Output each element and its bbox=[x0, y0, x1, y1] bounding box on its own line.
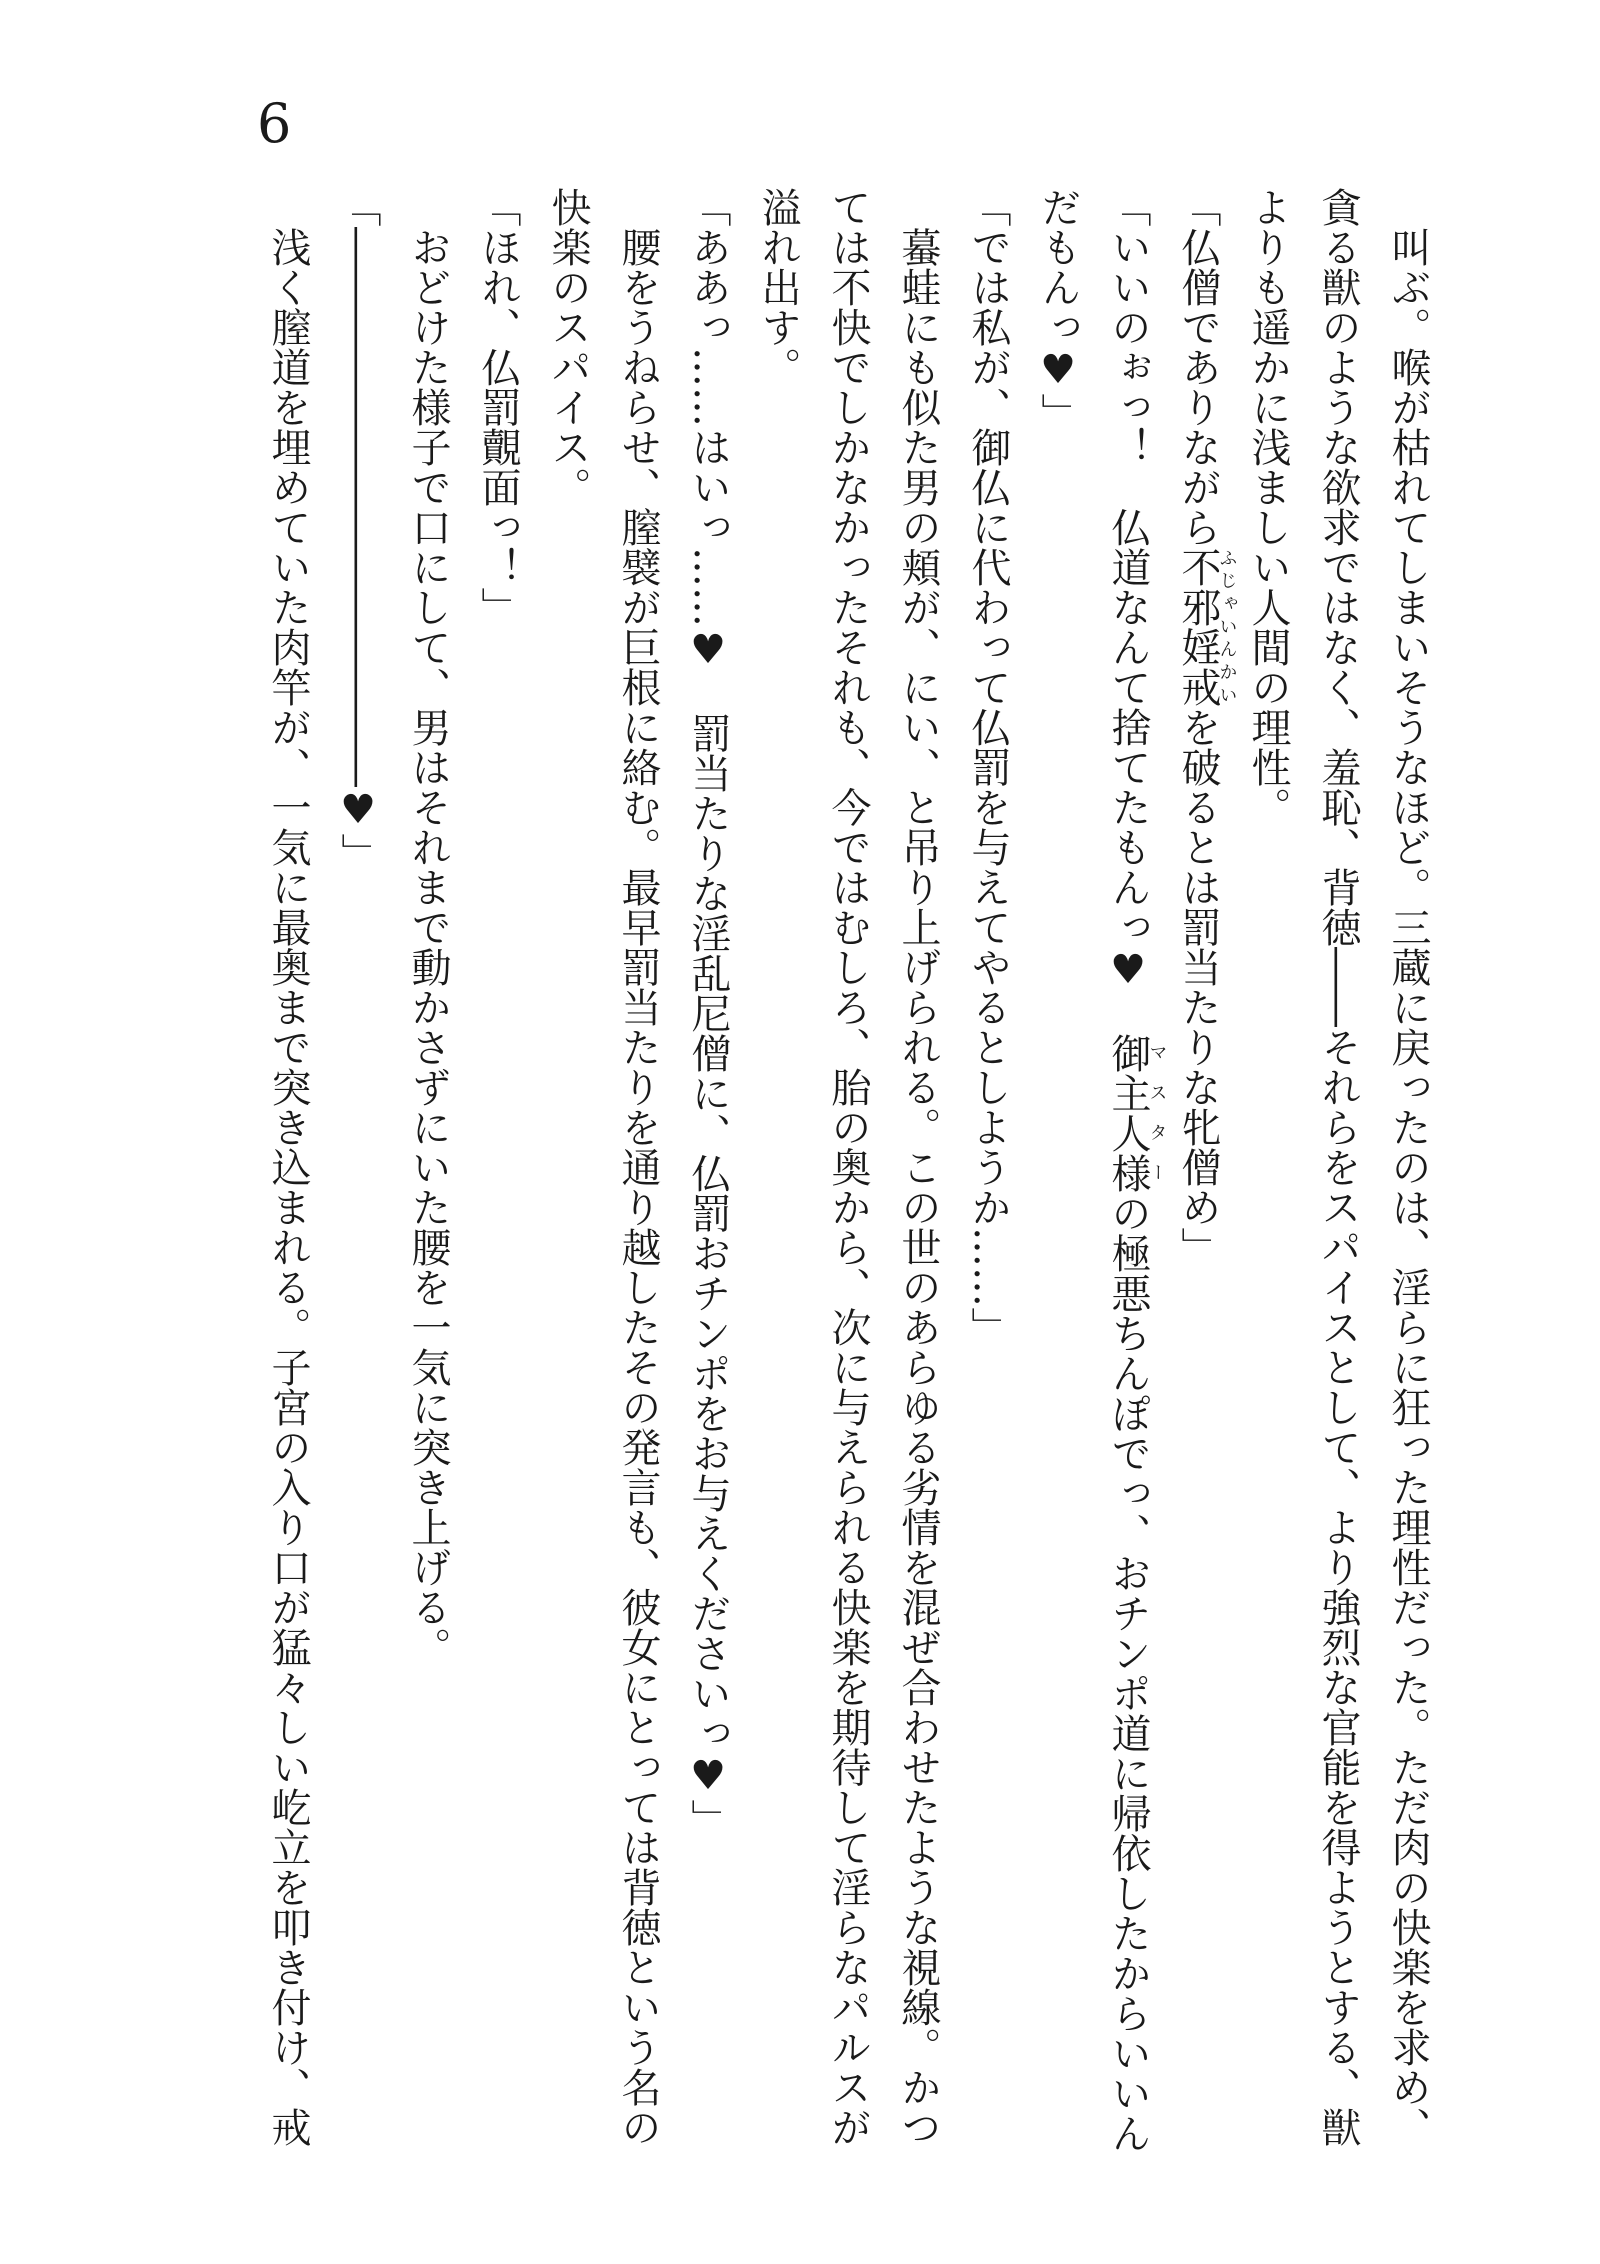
ruby-annotated-text: 御主人様マスター bbox=[1105, 1033, 1151, 1193]
text-line: 快楽のスパイス。 bbox=[548, 187, 588, 507]
text-line: 浅く膣道を埋めていた肉竿が、一気に最奥まで突き込まれる。子宮の入り口が猛々しい屹… bbox=[268, 187, 308, 2147]
furigana: マスター bbox=[1147, 1033, 1168, 1193]
furigana: ふじゃいんかい bbox=[1217, 547, 1238, 707]
text-line: 腰をうねらせ、膣襞が巨根に絡む。最早罰当たりを通り越したその発言も、彼女にとって… bbox=[618, 187, 658, 2147]
text-line: だもんっ♥」 bbox=[1038, 187, 1078, 433]
text-line: 「仏僧でありながら不邪婬戒ふじゃいんかいを破るとは罰当たりな牝僧め」 bbox=[1178, 187, 1236, 1267]
text-line: 「――――――――――――――♥」 bbox=[338, 187, 378, 873]
text-line: よりも遥かに浅ましい人間の理性。 bbox=[1248, 187, 1288, 827]
text-line: 貪る獣のような欲求ではなく、羞恥、背徳――それらをスパイスとして、より強烈な官能… bbox=[1318, 187, 1358, 2147]
ruby-annotated-text: 不邪婬戒ふじゃいんかい bbox=[1175, 547, 1221, 707]
text-line: 叫ぶ。喉が枯れてしまいそうなほど。三蔵に戻ったのは、淫らに狂った理性だった。ただ… bbox=[1388, 187, 1428, 2147]
text-line: ては不快でしかなかったそれも、今ではむしろ、胎の奥から、次に与えられる快楽を期待… bbox=[828, 187, 868, 2147]
text-line: おどけた様子で口にして、男はそれまで動かさずにいた腰を一気に突き上げる。 bbox=[408, 187, 448, 1667]
text-line: 「ああっ……はいっ……♥ 罰当たりな淫乱尼僧に、仏罰おチンポをお与えくださいっ♥… bbox=[688, 187, 728, 1839]
text-line: 蟇蛙にも似た男の頬が、にい、と吊り上げられる。この世のあらゆる劣情を混ぜ合わせた… bbox=[898, 187, 938, 2147]
text-block: 叫ぶ。喉が枯れてしまいそうなほど。三蔵に戻ったのは、淫らに狂った理性だった。ただ… bbox=[0, 0, 1600, 2264]
text-line: 「では私が、御仏に代わって仏罰を与えてやるとしようか……」 bbox=[968, 187, 1008, 1347]
text-line: 「いいのぉっ！ 仏道なんて捨てたもんっ♥ 御主人様マスターの極悪ちんぽでっ、おチ… bbox=[1108, 187, 1166, 2153]
text-line: 溢れ出す。 bbox=[758, 187, 798, 387]
text-line: 「ほれ、仏罰覿面っ！」 bbox=[478, 187, 518, 627]
book-page: 6 叫ぶ。喉が枯れてしまいそうなほど。三蔵に戻ったのは、淫らに狂った理性だった。… bbox=[0, 0, 1600, 2264]
